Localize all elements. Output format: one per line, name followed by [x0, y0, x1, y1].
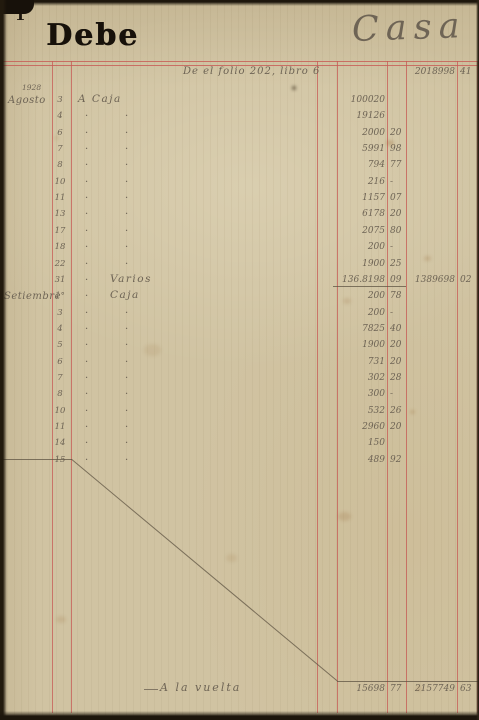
- entry-day: 14: [50, 438, 70, 448]
- amount-col1: 794: [327, 160, 385, 170]
- ditto-mark: ·: [85, 259, 88, 270]
- entry-day: 8: [50, 389, 70, 399]
- stain: [338, 512, 351, 521]
- column-rule-day-right: [71, 61, 72, 713]
- column-rule-day-left: [52, 61, 53, 713]
- stain: [144, 344, 161, 356]
- entry-day: 7: [50, 144, 70, 154]
- entry-day: 18: [50, 242, 70, 252]
- amount-col1-cents: -: [390, 177, 405, 187]
- amount-col1: 19126: [327, 111, 385, 121]
- closing-line-bottom: [337, 681, 478, 682]
- column-rule-amount2-cents: [457, 61, 458, 713]
- footer-amount1: 15698: [327, 684, 385, 694]
- ditto-mark: ·: [125, 259, 128, 270]
- ditto-mark: ·: [85, 455, 88, 466]
- entry-day: 11: [50, 193, 70, 203]
- ditto-mark: ·: [85, 438, 88, 449]
- ditto-mark: ·: [125, 177, 128, 188]
- amount-col1: 2960: [327, 422, 385, 432]
- amount-col1: 100020: [327, 95, 385, 105]
- page-edge-bottom: [0, 711, 479, 720]
- amount-col1-cents: 20: [390, 422, 405, 432]
- amount-col1-cents: 80: [390, 226, 405, 236]
- amount-col1: 489: [327, 455, 385, 465]
- column-rule-amount1-cents: [387, 61, 388, 713]
- ledger-page: 1 Debe Casa De el folio 202, libro 6 201…: [0, 0, 479, 720]
- ditto-mark: ·: [125, 389, 128, 400]
- amount-col1: 200: [327, 242, 385, 252]
- ditto-mark: ·: [125, 193, 128, 204]
- amount-col1: 1900: [327, 340, 385, 350]
- entry-day: 4: [50, 324, 70, 334]
- amount-col1: 200: [327, 291, 385, 301]
- amount-col1: 731: [327, 357, 385, 367]
- entry-day: 6: [50, 357, 70, 367]
- footer-amount2-cents: 63: [460, 684, 476, 694]
- ditto-mark: ·: [85, 209, 88, 220]
- amount-col1-cents: 98: [390, 144, 405, 154]
- amount-col1-cents: 20: [390, 340, 405, 350]
- year-label: 1928: [22, 83, 41, 92]
- ditto-mark: ·: [125, 357, 128, 368]
- total-underline: [333, 286, 406, 287]
- entry-day: 1°: [50, 291, 70, 301]
- amount-col1-cents: 40: [390, 324, 405, 334]
- stain: [56, 616, 66, 623]
- footer-flourish: [144, 689, 158, 690]
- amount-col1-cents: 07: [390, 193, 405, 203]
- amount-col1: 1157: [327, 193, 385, 203]
- page-title-debit: Debe: [46, 18, 139, 53]
- amount-col1-cents: 26: [390, 406, 405, 416]
- entry-day: 4: [50, 111, 70, 121]
- amount-col1: 6178: [327, 209, 385, 219]
- closing-line-diagonal: [71, 459, 337, 681]
- ditto-mark: ·: [85, 242, 88, 253]
- ditto-mark: ·: [125, 455, 128, 466]
- column-rule-folio-left: [317, 61, 318, 713]
- entry-day: 6: [50, 128, 70, 138]
- entry-day: 10: [50, 177, 70, 187]
- ditto-mark: ·: [85, 128, 88, 139]
- ditto-mark: ·: [125, 111, 128, 122]
- entry-description: A Caja: [78, 93, 122, 105]
- ditto-mark: ·: [125, 128, 128, 139]
- amount-col1: 150: [327, 438, 385, 448]
- amount-col2-cents: 02: [460, 275, 476, 285]
- ditto-mark: ·: [125, 422, 128, 433]
- amount-col1: 7825: [327, 324, 385, 334]
- amount-col1-cents: 78: [390, 291, 405, 301]
- entry-day: 7: [50, 373, 70, 383]
- ditto-mark: ·: [85, 160, 88, 171]
- ditto-mark: ·: [85, 144, 88, 155]
- amount-col1: 532: [327, 406, 385, 416]
- amount-col1: 2075: [327, 226, 385, 236]
- amount-col1-cents: 28: [390, 373, 405, 383]
- column-rule-amount1-left: [337, 61, 338, 713]
- ink-spot: [292, 86, 296, 90]
- ditto-mark: ·: [85, 340, 88, 351]
- ditto-mark: ·: [85, 111, 88, 122]
- ditto-mark: ·: [85, 324, 88, 335]
- ditto-mark: ·: [85, 357, 88, 368]
- ditto-mark: ·: [85, 193, 88, 204]
- entry-day: 13: [50, 209, 70, 219]
- amount-col1-cents: -: [390, 242, 405, 252]
- entry-day: 22: [50, 259, 70, 269]
- ditto-mark: ·: [125, 226, 128, 237]
- amount-col1-cents: -: [390, 308, 405, 318]
- amount-col1: 216: [327, 177, 385, 187]
- amount-col1: 1900: [327, 259, 385, 269]
- amount-col1-cents: 20: [390, 357, 405, 367]
- closing-line-left: [3, 459, 72, 460]
- ditto-mark: ·: [125, 373, 128, 384]
- amount-col1: 5991: [327, 144, 385, 154]
- amount-col1-cents: 77: [390, 160, 405, 170]
- entry-day: 11: [50, 422, 70, 432]
- amount-col1-cents: 20: [390, 128, 405, 138]
- ditto-mark: ·: [85, 308, 88, 319]
- footer-amount2: 2157749: [400, 684, 455, 694]
- stain: [424, 256, 431, 261]
- amount-col2: 1389698: [400, 275, 455, 285]
- ditto-mark: ·: [85, 226, 88, 237]
- entry-description: Varios: [110, 273, 152, 285]
- carried-forward-label: A la vuelta: [160, 681, 241, 694]
- amount-col1: 136.8198: [327, 275, 385, 285]
- ditto-mark: ·: [125, 406, 128, 417]
- stain: [226, 554, 237, 562]
- ditto-mark: ·: [125, 144, 128, 155]
- amount-col1: 302: [327, 373, 385, 383]
- entry-day: 3: [50, 308, 70, 318]
- amount-col1-cents: 20: [390, 209, 405, 219]
- entry-day: 17: [50, 226, 70, 236]
- amount-col1-cents: 25: [390, 259, 405, 269]
- column-rule-amount2-left: [406, 61, 407, 713]
- ditto-mark: ·: [85, 389, 88, 400]
- ditto-mark: ·: [85, 422, 88, 433]
- amount-col1-cents: 92: [390, 455, 405, 465]
- carry-forward-cents: 41: [460, 67, 476, 77]
- ditto-mark: ·: [125, 324, 128, 335]
- carry-forward-amount: 2018998: [400, 67, 455, 77]
- carry-forward-note: De el folio 202, libro 6: [183, 66, 320, 77]
- page-edge-top: [0, 0, 479, 6]
- ditto-mark: ·: [125, 308, 128, 319]
- account-title: Casa: [351, 6, 467, 50]
- entry-day: 5: [50, 340, 70, 350]
- ditto-mark: ·: [125, 438, 128, 449]
- ditto-mark: ·: [85, 406, 88, 417]
- entry-day: 10: [50, 406, 70, 416]
- entry-description: Caja: [110, 289, 140, 301]
- entry-day: 3: [50, 95, 70, 105]
- ditto-mark: ·: [125, 209, 128, 220]
- page-edge-left: [0, 0, 7, 720]
- ditto-mark: ·: [125, 340, 128, 351]
- amount-col1: 2000: [327, 128, 385, 138]
- ditto-mark: ·: [85, 291, 88, 302]
- entry-day: 8: [50, 160, 70, 170]
- amount-col1-cents: -: [390, 389, 405, 399]
- stain: [410, 410, 415, 414]
- ditto-mark: ·: [85, 275, 88, 286]
- ditto-mark: ·: [85, 373, 88, 384]
- amount-col1: 200: [327, 308, 385, 318]
- ditto-mark: ·: [125, 160, 128, 171]
- amount-col1: 300: [327, 389, 385, 399]
- month-label: Agosto: [8, 95, 46, 106]
- ditto-mark: ·: [85, 177, 88, 188]
- entry-day: 31: [50, 275, 70, 285]
- ditto-mark: ·: [125, 242, 128, 253]
